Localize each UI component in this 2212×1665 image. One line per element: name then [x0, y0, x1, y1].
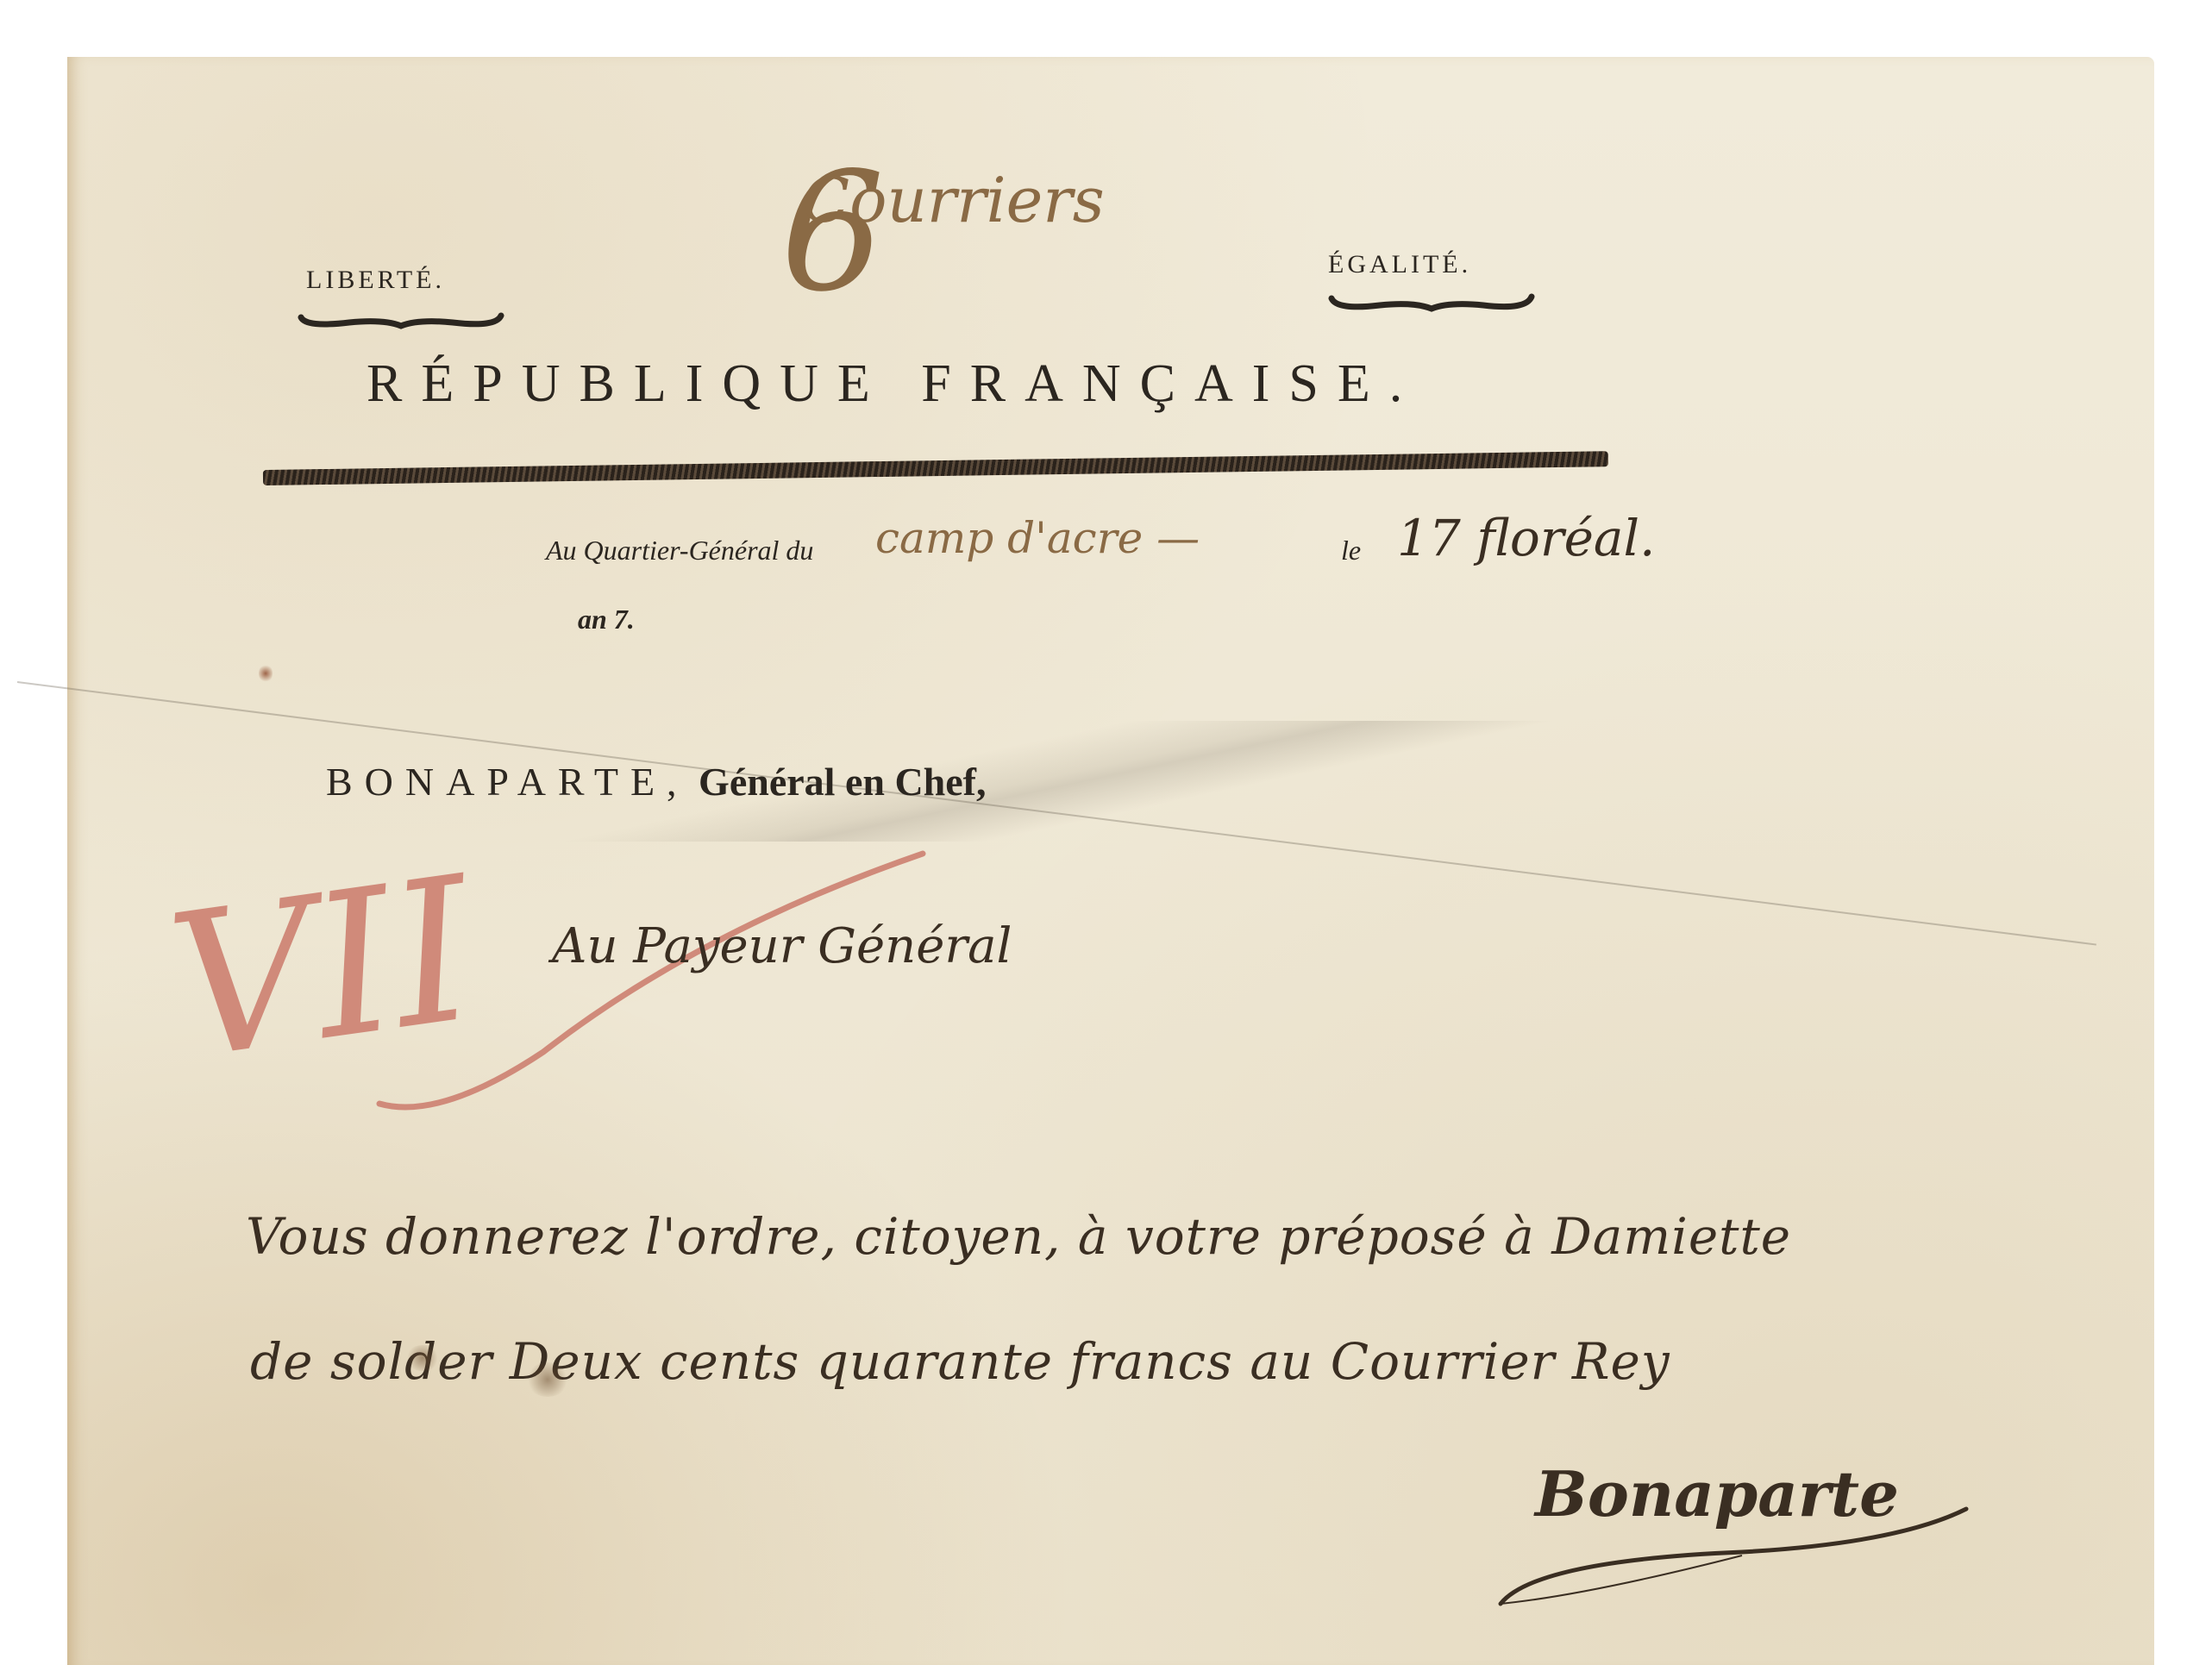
body-line-1: Vous donnerez l'ordre, citoyen, à votre …	[246, 1207, 1791, 1266]
swash-ornament-left	[298, 310, 504, 324]
dateline-date: 17 floréal.	[1397, 509, 1655, 567]
addressee: Au Payeur Général	[552, 918, 1012, 974]
dateline-le: le	[1341, 535, 1361, 566]
annotation-courriers: Courriers	[802, 164, 1105, 236]
dateline-place: camp d'acre —	[875, 513, 1200, 563]
dateline-year: an 7.	[578, 604, 635, 635]
sender-line: BONAPARTE, Général en Chef,	[326, 759, 986, 804]
body-line-2: de solder Deux cents quarante francs au …	[250, 1332, 1670, 1391]
swash-ornament-right	[1328, 293, 1535, 307]
motto-liberte: LIBERTÉ.	[306, 266, 445, 295]
dateline-prefix: Au Quartier-Général du	[546, 535, 813, 566]
sender-title: Général en Chef,	[699, 760, 986, 804]
ink-stain	[526, 1362, 569, 1397]
republic-title: RÉPUBLIQUE FRANÇAISE.	[367, 354, 1421, 415]
ink-dot	[259, 664, 273, 683]
sender-name: BONAPARTE,	[326, 760, 689, 804]
motto-egalite: ÉGALITÉ.	[1328, 250, 1471, 279]
red-flourish-icon	[371, 845, 940, 1121]
ink-stain	[405, 1345, 440, 1371]
signature-flourish-icon	[1483, 1500, 1983, 1621]
